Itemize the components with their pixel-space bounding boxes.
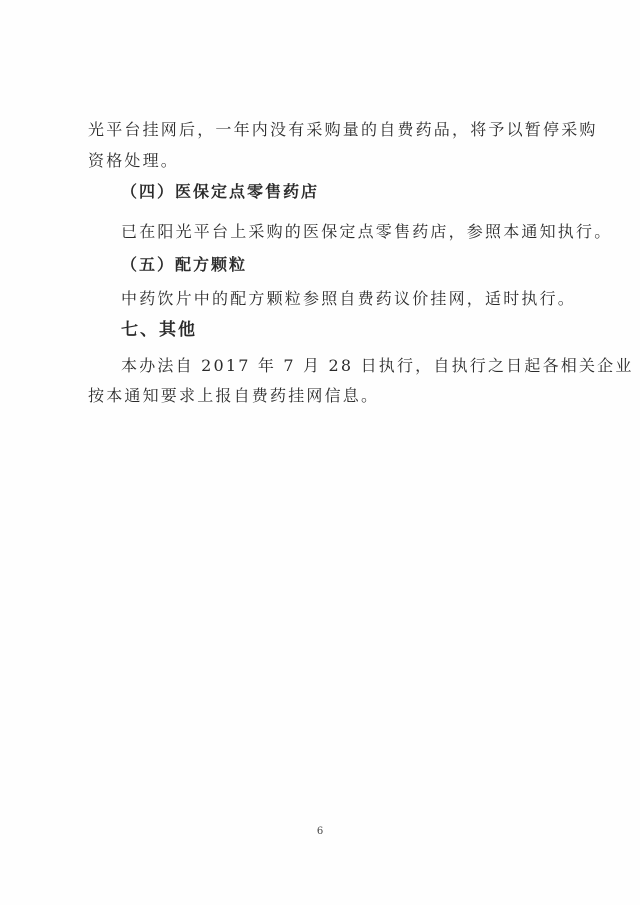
section-body-retail-pharmacy: 已在阳光平台上采购的医保定点零售药店，参照本通知执行。 (121, 222, 612, 242)
section-heading-other: 七、其他 (121, 320, 197, 340)
paragraph-line: 资格处理。 (88, 151, 179, 171)
section-body-other-line1: 本办法自 2017 年 7 月 28 日执行，自执行之日起各相关企业 (121, 356, 634, 376)
section-body-other-line2: 按本通知要求上报自费药挂网信息。 (88, 386, 379, 406)
section-body-formula-granules: 中药饮片中的配方颗粒参照自费药议价挂网，适时执行。 (121, 289, 576, 309)
document-page: 光平台挂网后，一年内没有采购量的自费药品，将予以暂停采购 资格处理。 （四）医保… (0, 0, 640, 905)
page-number: 6 (0, 826, 640, 837)
section-heading-formula-granules: （五）配方颗粒 (121, 255, 247, 275)
section-heading-retail-pharmacy: （四）医保定点零售药店 (121, 182, 319, 202)
paragraph-line: 光平台挂网后，一年内没有采购量的自费药品，将予以暂停采购 (88, 120, 598, 140)
